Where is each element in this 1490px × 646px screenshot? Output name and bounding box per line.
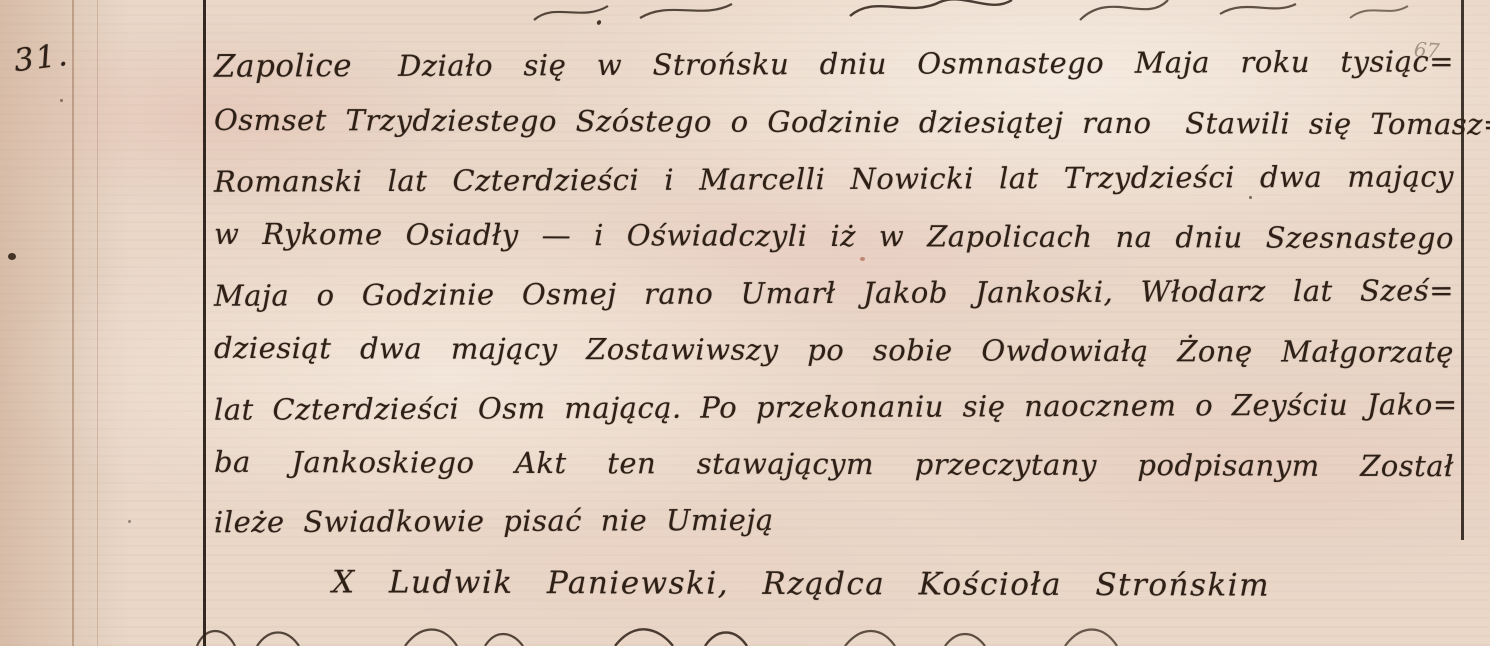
document-scan: 31. 67 Zapolice Działo się w Strońsku dn…	[0, 0, 1490, 646]
record-number: 31.	[12, 37, 71, 79]
margin-rule-line-outer	[72, 0, 74, 646]
margin-rule-line-inner	[97, 0, 98, 646]
record-line: Romanski lat Czterdzieści i Marcelli Now…	[214, 150, 1454, 207]
record-line: lat Czterdzieści Osm mającą. Po przekona…	[214, 378, 1454, 435]
record-line: Maja o Godzinie Osmej rano Umarł Jakob J…	[214, 264, 1454, 321]
record-line: Zapolice Działo się w Strońsku dniu Osmn…	[214, 35, 1454, 92]
record-text-block: Zapolice Działo się w Strońsku dniu Osmn…	[214, 30, 1454, 646]
record-line: Osmset Trzydziestego Szóstego o Godzinie…	[214, 94, 1454, 150]
table-border-left	[203, 0, 206, 646]
record-line: ileże Swiadkowie pisać nie Umieją	[214, 494, 774, 548]
record-line: ba Jankoskiego Akt ten stawającym przecz…	[214, 436, 1454, 492]
cut-off-handwriting-top	[520, 0, 1420, 22]
ink-speck	[8, 253, 16, 260]
cut-off-handwriting-bottom	[185, 623, 1185, 646]
table-border-right	[1461, 0, 1464, 540]
ink-speck	[128, 520, 131, 523]
ink-speck	[596, 19, 602, 25]
record-line: w Rykome Osiadły — i Oświadczyli iż w Za…	[214, 208, 1454, 264]
ink-speck	[1249, 196, 1252, 199]
place-heading: Zapolice	[214, 40, 398, 93]
priest-signature: X Ludwik Paniewski, Rządca Kościoła Stro…	[332, 556, 1270, 611]
ink-stain	[860, 257, 865, 261]
record-line: dziesiąt dwa mający Zostawiwszy po sobie…	[214, 322, 1454, 378]
record-line-text: Działo się w Strońsku dniu Osmnastego Ma…	[398, 35, 1454, 92]
ink-speck	[60, 99, 63, 102]
